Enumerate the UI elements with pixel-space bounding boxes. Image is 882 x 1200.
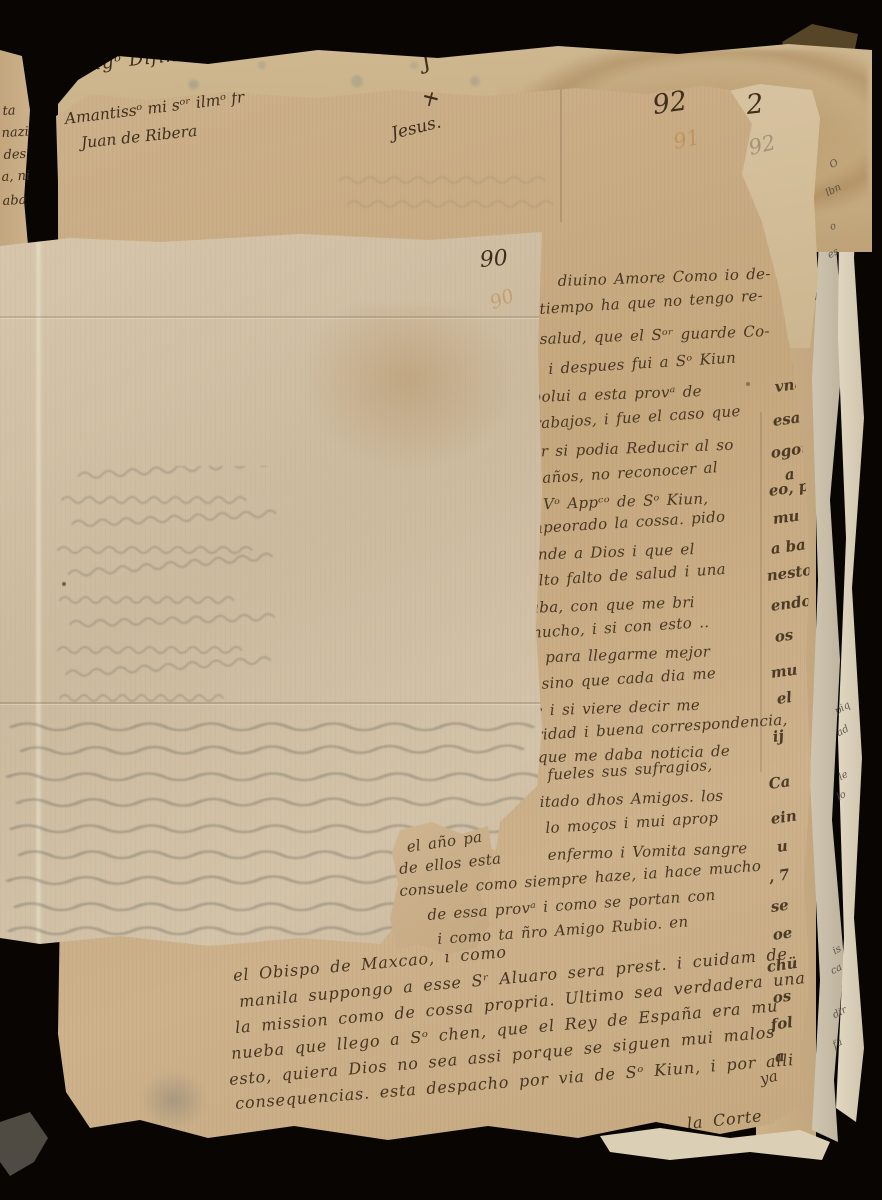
right-edge-fragment: lo <box>835 789 848 803</box>
right-edge-fragment: es <box>826 246 841 261</box>
right-edge-fragment: is <box>831 943 844 957</box>
right-edge-fragment: lbn <box>824 182 843 199</box>
right-edge-fragment: dir <box>831 1005 849 1021</box>
right-edge-fragment: ad <box>835 723 851 739</box>
right-edge-fragment: ca <box>829 962 844 977</box>
right-edge-fragment: fa <box>831 1037 845 1051</box>
right-edge-fragment: o <box>828 220 838 233</box>
edge-fragments-layer: Olbnoespiqadleloiscadirfa <box>0 0 882 1200</box>
right-edge-fragment: O <box>828 157 840 171</box>
right-edge-fragment: le <box>837 769 850 783</box>
manuscript-photo: Magᵒ Difinidor ʃ tanazidesa, niaba 2 92 … <box>0 0 882 1200</box>
right-edge-fragment: piq <box>833 700 852 717</box>
